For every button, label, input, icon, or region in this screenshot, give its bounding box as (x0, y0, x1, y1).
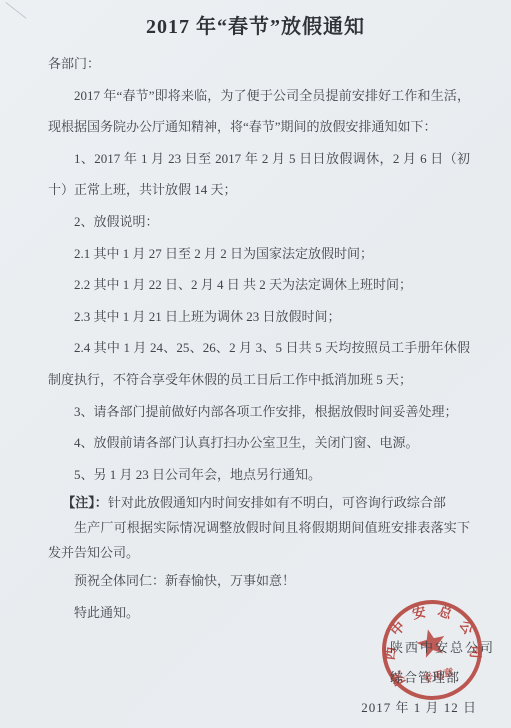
document-title: 2017 年“春节”放假通知 (0, 0, 511, 40)
item-4: 4、放假前请各部门认真打扫办公室卫生，关闭门窗、电源。 (48, 427, 470, 459)
wish-paragraph: 预祝全体同仁：新春愉快，万事如意！ (48, 565, 470, 597)
signature-block: 陕西中安总公司 综合管理部 2017 年 1 月 12 日 (0, 633, 511, 723)
item-2: 2、放假说明： (48, 206, 470, 238)
item-3: 3、请各部门提前做好内部各项工作安排，根据放假时间妥善处理； (48, 396, 470, 428)
document-body: 各部门： 2017 年“春节”即将来临，为了便于公司全员提前安排好工作和生活，现… (0, 40, 511, 629)
note-label: 【注】： (62, 495, 108, 510)
note-paragraph: 【注】：针对此放假通知内时间安排如有不明白，可咨询行政综合部 (48, 490, 470, 515)
salutation: 各部门： (48, 48, 470, 80)
document-page: 2017 年“春节”放假通知 各部门： 2017 年“春节”即将来临，为了便于公… (0, 0, 511, 728)
item-1: 1、2017 年 1 月 23 日至 2017 年 2 月 5 日日放假调休，2… (48, 143, 470, 206)
signature-company: 陕西中安总公司 (0, 633, 511, 663)
signature-department: 综合管理部 (0, 663, 511, 693)
note-text: 针对此放假通知内时间安排如有不明白，可咨询行政综合部 (108, 495, 446, 510)
intro-paragraph: 2017 年“春节”即将来临，为了便于公司全员提前安排好工作和生活，现根据国务院… (48, 80, 470, 143)
item-2-3: 2.3 其中 1 月 21 日上班为调休 23 日放假时间； (48, 301, 470, 333)
signature-date: 2017 年 1 月 12 日 (0, 693, 511, 723)
item-2-2: 2.2 其中 1 月 22 日、2 月 4 日 共 2 天为法定调休上班时间； (48, 269, 470, 301)
item-5: 5、另 1 月 23 日公司年会，地点另行通知。 (48, 459, 470, 491)
item-2-4: 2.4 其中 1 月 24、25、26、2 月 3、5 日共 5 天均按照员工手… (48, 332, 470, 395)
factory-paragraph: 生产厂可根据实际情况调整放假时间且将假期期间值班安排表落实下发并告知公司。 (48, 515, 470, 565)
item-2-1: 2.1 其中 1 月 27 日至 2 月 2 日为国家法定放假时间； (48, 238, 470, 270)
